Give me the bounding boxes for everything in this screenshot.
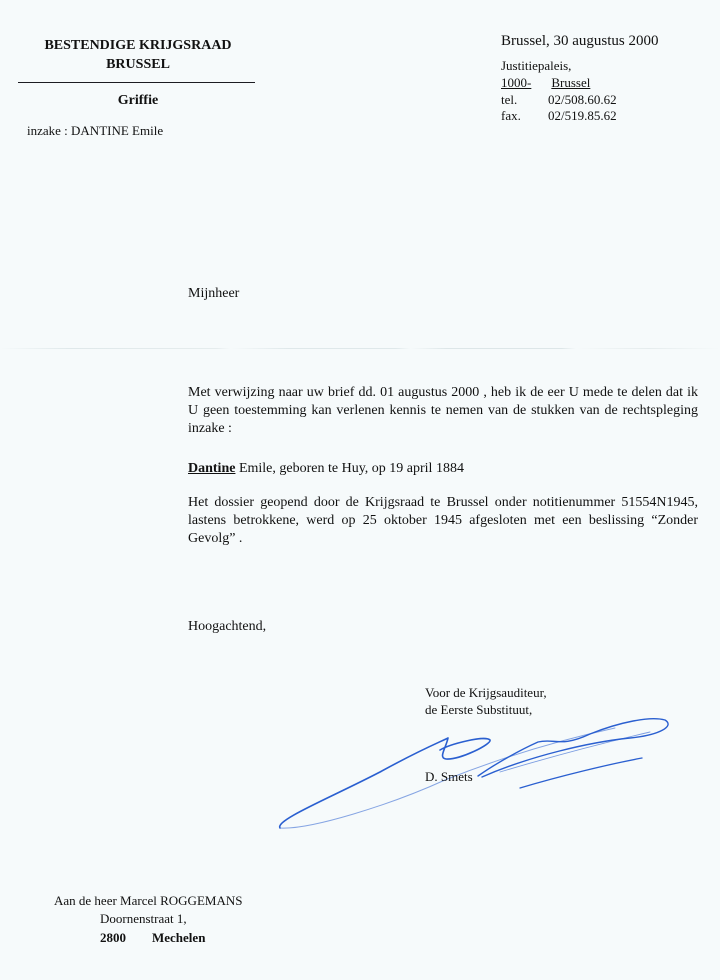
person-details: Emile, geboren te Huy, op 19 april 1884 xyxy=(235,461,463,476)
signatory-name: D. Smets xyxy=(425,769,473,785)
org-name-line2: BRUSSEL xyxy=(20,55,256,74)
phone-label: tel. xyxy=(501,92,548,108)
place-date: Brussel, 30 augustus 2000 xyxy=(501,33,659,50)
recipient-street: Doornenstraat 1, xyxy=(100,911,187,927)
department-label: Griffie xyxy=(20,93,256,109)
paragraph-person: Dantine Emile, geboren te Huy, op 19 apr… xyxy=(188,460,698,478)
sender-postcode: 1000- xyxy=(501,75,531,90)
fax-number: 02/519.85.62 xyxy=(548,108,617,123)
recipient-city-line: 2800Mechelen xyxy=(100,930,205,946)
subject-line: inzake : DANTINE Emile xyxy=(27,123,163,139)
scan-artifact-line xyxy=(0,348,720,349)
sender-city-line: 1000-Brussel xyxy=(501,74,590,91)
recipient-city: Mechelen xyxy=(152,930,205,945)
letterhead-divider xyxy=(18,82,255,83)
sender-phone: tel.02/508.60.62 xyxy=(501,92,617,108)
person-surname: Dantine xyxy=(188,461,235,476)
paragraph-reference: Met verwijzing naar uw brief dd. 01 augu… xyxy=(188,384,698,438)
letterhead: BESTENDIGE KRIJGSRAAD BRUSSEL xyxy=(20,36,256,74)
sender-fax: fax.02/519.85.62 xyxy=(501,108,617,124)
recipient-postcode: 2800 xyxy=(100,930,126,945)
phone-number: 02/508.60.62 xyxy=(548,92,617,107)
closing: Hoogachtend, xyxy=(188,619,266,635)
recipient-name: Aan de heer Marcel ROGGEMANS xyxy=(54,893,242,909)
salutation: Mijnheer xyxy=(188,286,239,302)
handwritten-signature xyxy=(270,680,680,845)
org-name-line1: BESTENDIGE KRIJGSRAAD xyxy=(20,36,256,55)
sender-city: Brussel xyxy=(551,75,590,90)
paragraph-dossier: Het dossier geopend door de Krijgsraad t… xyxy=(188,494,698,548)
sender-building: Justitiepaleis, xyxy=(501,57,571,74)
fax-label: fax. xyxy=(501,108,548,124)
